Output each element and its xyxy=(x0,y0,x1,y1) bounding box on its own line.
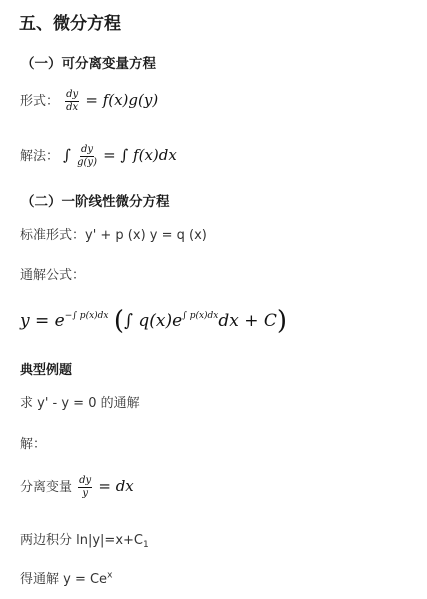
subsection-title-separable: （一）可分离变量方程 xyxy=(21,52,156,72)
step1-rhs: = dx xyxy=(98,477,133,495)
example-step3: 得通解 y = Cex xyxy=(20,568,112,587)
formula-tail: dx + C xyxy=(218,311,277,331)
example-step2: 两边积分 ln|y|=x+C1 xyxy=(20,529,149,550)
standard-form: 标准形式：y' + p (x) y = q (x) xyxy=(20,224,207,243)
fraction-dy-y: dy y xyxy=(78,476,92,499)
form-label: 形式： xyxy=(20,94,59,109)
formula-lhs: y = e xyxy=(20,311,65,331)
integral-sign: ∫ xyxy=(63,146,71,164)
fraction-dy-gy: dy g(y) xyxy=(77,145,97,168)
step1-label: 分离变量 xyxy=(20,480,72,495)
solution-rhs: = ∫ f(x)dx xyxy=(103,146,177,164)
general-formula: y = e−∫ p(x)dx (∫ q(x)e∫ p(x)dxdx + C) xyxy=(20,306,287,336)
example-step1: 分离变量 dy y = dx xyxy=(20,476,134,499)
subsection-title-linear: （二）一阶线性微分方程 xyxy=(21,190,170,210)
fraction-dy-dx: dy dx xyxy=(65,90,79,113)
example-question: 求 y' - y = 0 的通解 xyxy=(20,392,140,411)
formula-close-paren: ) xyxy=(277,306,287,336)
example-title: 典型例题 xyxy=(20,359,72,378)
form-rhs: = f(x)g(y) xyxy=(85,91,158,109)
section-title: 五、微分方程 xyxy=(19,9,121,34)
solution-label: 解法： xyxy=(20,149,59,164)
formula-body: ∫ q(x)e xyxy=(124,311,182,331)
formula-open-paren: ( xyxy=(114,306,124,336)
separable-form-line: 形式： dy dx = f(x)g(y) xyxy=(20,90,158,113)
separable-solution-line: 解法： ∫ dy g(y) = ∫ f(x)dx xyxy=(20,145,177,168)
formula-exp1: −∫ p(x)dx xyxy=(65,311,109,321)
subscript-1: 1 xyxy=(143,540,149,550)
formula-exp2: ∫ p(x)dx xyxy=(182,311,218,321)
general-solution-label: 通解公式： xyxy=(20,264,85,283)
superscript-x: x xyxy=(107,571,112,581)
example-solution-label: 解： xyxy=(20,433,46,452)
